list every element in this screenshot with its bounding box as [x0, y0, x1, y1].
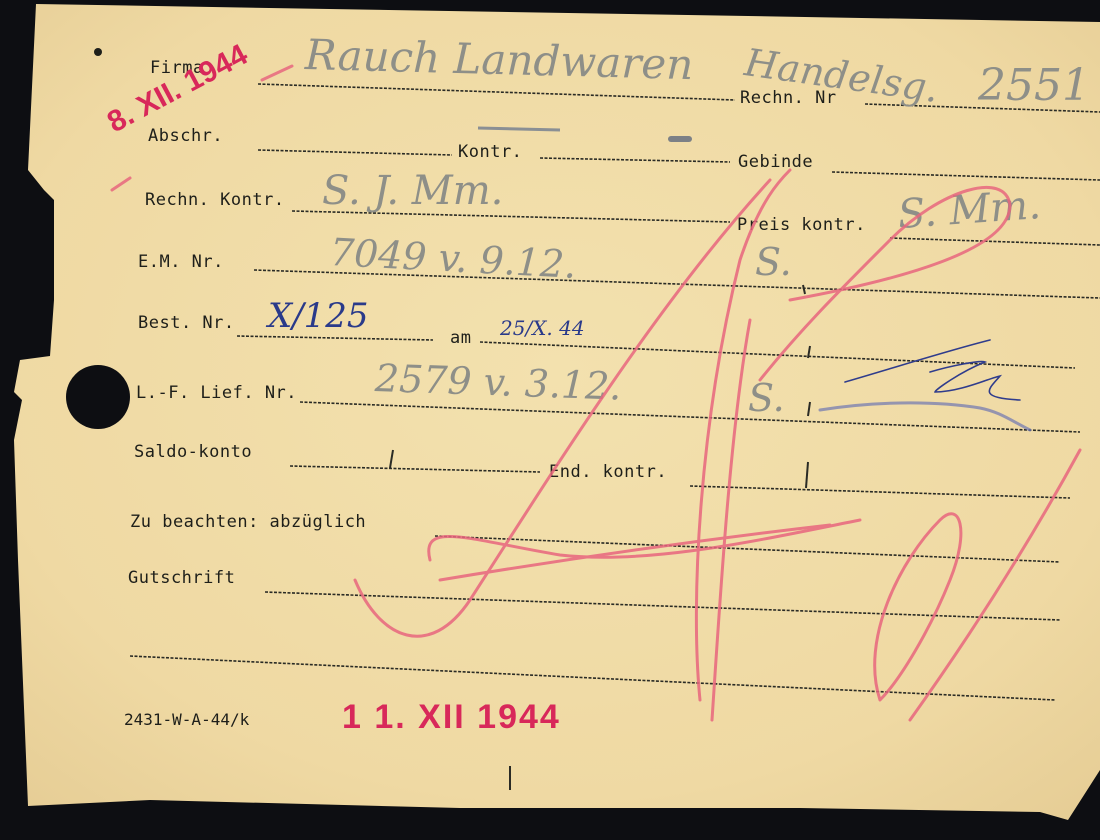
punch-hole — [66, 365, 130, 429]
label-gebinde: Gebinde — [738, 152, 813, 172]
label-best-nr: Best. Nr. — [138, 313, 235, 333]
label-em-nr: E.M. Nr. — [138, 252, 224, 272]
lf-lief-value: 2579 v. 3.12. — [374, 356, 622, 409]
stamp-bottom-date: 1 1. XII 1944 — [342, 698, 561, 737]
document-card: Firma Rechn. Nr Abschr. Kontr. Gebinde R… — [0, 0, 1100, 840]
label-am: am — [450, 328, 471, 348]
firma-value: Rauch Landwaren — [304, 30, 694, 89]
label-end-kontr: End. kontr. — [549, 462, 667, 482]
label-lf-lief-nr: L.-F. Lief. Nr. — [136, 383, 297, 403]
rechn-nr-value: 2551 — [978, 60, 1090, 111]
label-preis-kontr: Preis kontr. — [737, 215, 866, 235]
label-saldo-konto: Saldo-konto — [134, 442, 252, 462]
label-zu-beachten: Zu beachten: abzüglich — [130, 512, 366, 532]
staple — [478, 128, 560, 130]
em-nr-initial: S. — [755, 240, 792, 284]
label-gutschrift: Gutschrift — [128, 568, 235, 588]
rechn-kontr-value: S. J. Mm. — [322, 168, 503, 214]
am-value: 25/X. 44 — [500, 316, 585, 340]
lf-lief-initial: S. — [748, 376, 785, 420]
label-rechn-kontr: Rechn. Kontr. — [145, 190, 285, 210]
best-nr-value: X/125 — [268, 296, 369, 336]
form-code: 2431-W-A-44/k — [124, 710, 249, 729]
label-abschr: Abschr. — [148, 126, 223, 146]
label-kontr: Kontr. — [458, 142, 522, 162]
